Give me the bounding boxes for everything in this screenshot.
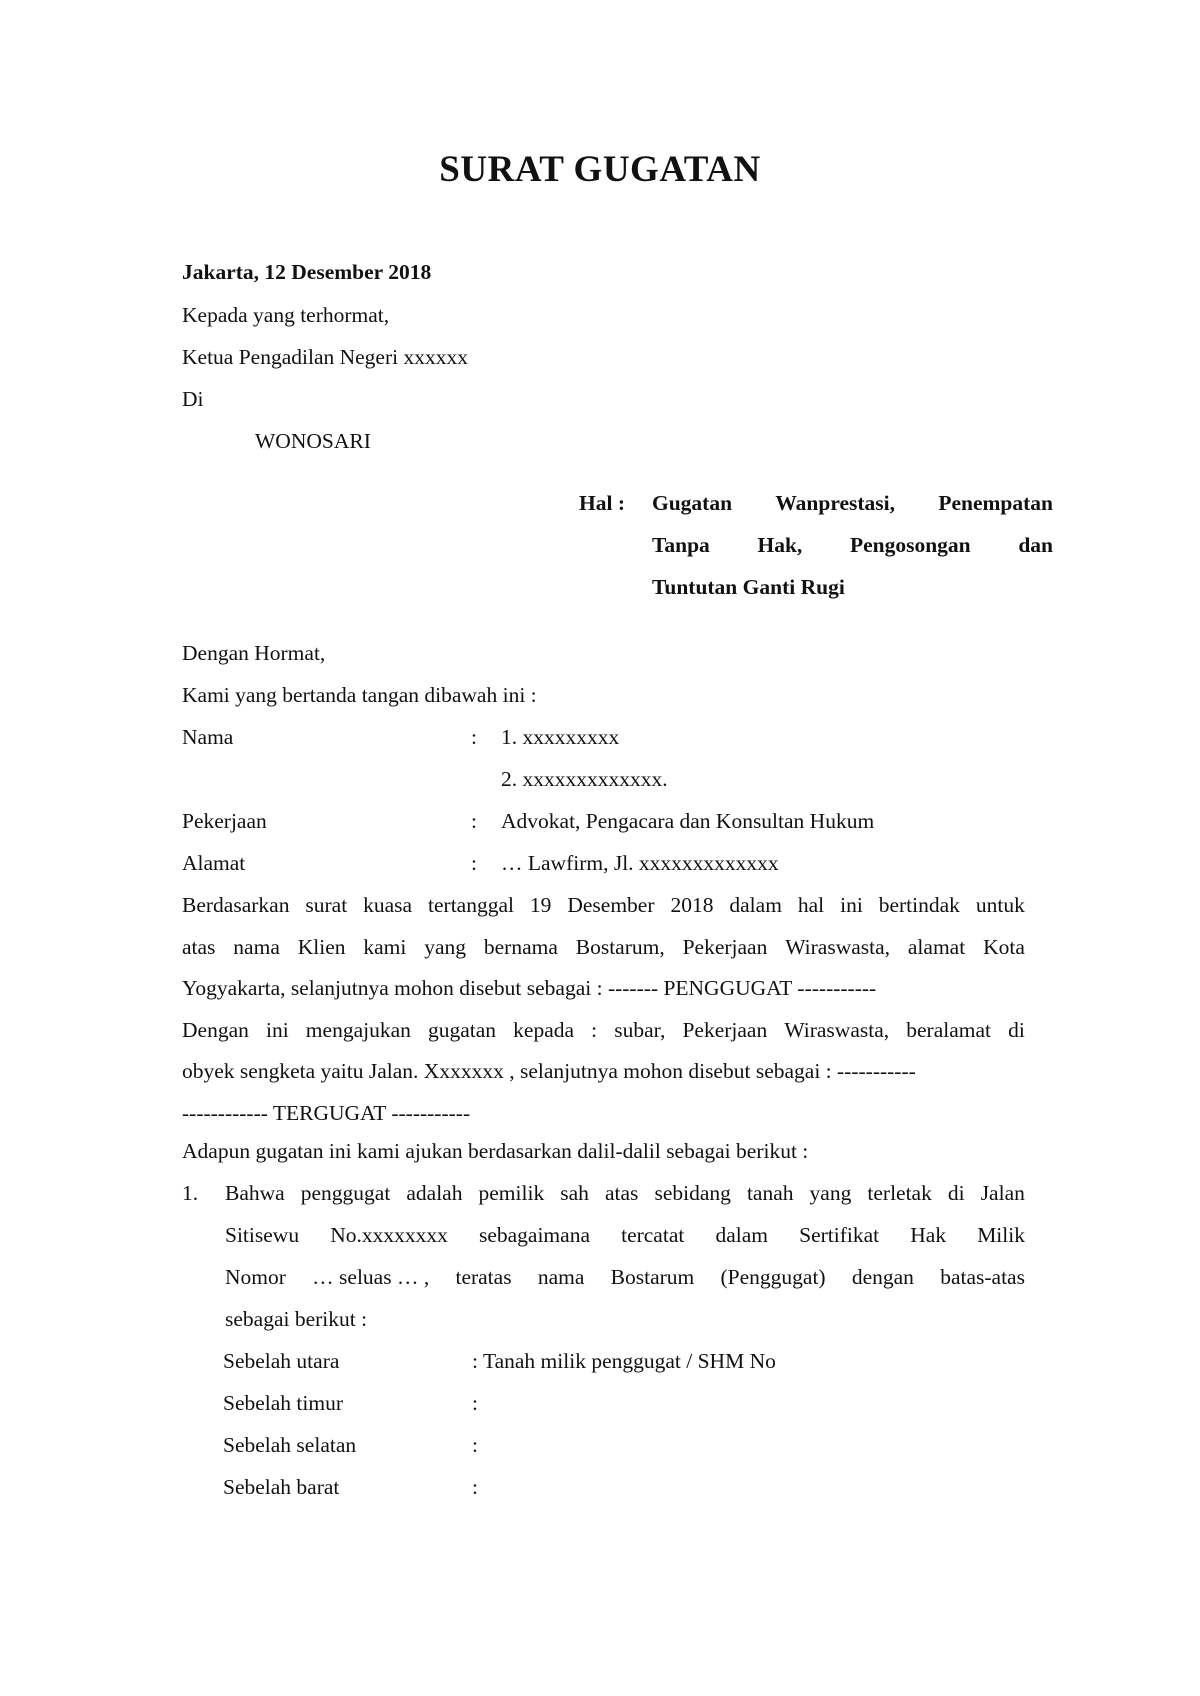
subject-line: GugatanWanprestasi,Penempatan bbox=[652, 493, 1053, 515]
subject-label: Hal : bbox=[579, 493, 625, 515]
recipient: Ketua Pengadilan Negeri xxxxxx bbox=[182, 347, 468, 369]
salutation: Kepada yang terhormat, bbox=[182, 305, 389, 327]
border-label: Sebelah utara bbox=[223, 1351, 339, 1373]
pekerjaan-label: Pekerjaan bbox=[182, 811, 267, 833]
nama-label: Nama bbox=[182, 727, 233, 749]
nama-colon: : bbox=[471, 727, 477, 749]
alamat-label: Alamat bbox=[182, 853, 245, 875]
nama-value-1: 1. xxxxxxxxx bbox=[501, 727, 619, 749]
ground-line: SitisewuNo.xxxxxxxxsebagaimanatercatatda… bbox=[225, 1225, 1025, 1247]
alamat-value: … Lawfirm, Jl. xxxxxxxxxxxxx bbox=[501, 853, 779, 875]
grounds-intro: Adapun gugatan ini kami ajukan berdasark… bbox=[182, 1141, 808, 1163]
border-value: : bbox=[472, 1435, 478, 1457]
border-value: : bbox=[472, 1477, 478, 1499]
pekerjaan-value: Advokat, Pengacara dan Konsultan Hukum bbox=[501, 811, 874, 833]
recipient-city: WONOSARI bbox=[255, 431, 371, 453]
ground-line: sebagai berikut : bbox=[225, 1309, 367, 1331]
ground-line: Bahwapenggugatadalahpemiliksahatassebida… bbox=[225, 1183, 1025, 1205]
border-label: Sebelah timur bbox=[223, 1393, 343, 1415]
document-title: SURAT GUGATAN bbox=[0, 148, 1200, 191]
border-label: Sebelah selatan bbox=[223, 1435, 356, 1457]
date-line: Jakarta, 12 Desember 2018 bbox=[182, 262, 431, 284]
body-line: Yogyakarta, selanjutnya mohon disebut se… bbox=[182, 978, 876, 1000]
body-line: Berdasarkansuratkuasatertanggal19Desembe… bbox=[182, 895, 1025, 917]
pekerjaan-colon: : bbox=[471, 811, 477, 833]
nama-value-2: 2. xxxxxxxxxxxxx. bbox=[501, 769, 668, 791]
opening: Dengan Hormat, bbox=[182, 643, 325, 665]
border-value: : Tanah milik penggugat / SHM No bbox=[472, 1351, 776, 1373]
di-label: Di bbox=[182, 389, 204, 411]
document-page: SURAT GUGATAN Jakarta, 12 Desember 2018 … bbox=[0, 0, 1200, 1696]
subject-line: TanpaHak,Pengosongandan bbox=[652, 535, 1053, 557]
ground-number: 1. bbox=[182, 1183, 198, 1205]
body-line: ------------ TERGUGAT ----------- bbox=[182, 1103, 470, 1125]
border-value: : bbox=[472, 1393, 478, 1415]
alamat-colon: : bbox=[471, 853, 477, 875]
ground-line: Nomor… seluas … ,teratasnamaBostarum(Pen… bbox=[225, 1267, 1025, 1289]
body-line: obyek sengketa yaitu Jalan. Xxxxxxx , se… bbox=[182, 1061, 916, 1083]
border-label: Sebelah barat bbox=[223, 1477, 339, 1499]
body-line: Denganinimengajukangugatankepada:subar,P… bbox=[182, 1020, 1025, 1042]
body-line: atasnamaKlienkamiyangbernamaBostarum,Pek… bbox=[182, 937, 1025, 959]
subject-line: Tuntutan Ganti Rugi bbox=[652, 577, 845, 599]
intro: Kami yang bertanda tangan dibawah ini : bbox=[182, 685, 537, 707]
